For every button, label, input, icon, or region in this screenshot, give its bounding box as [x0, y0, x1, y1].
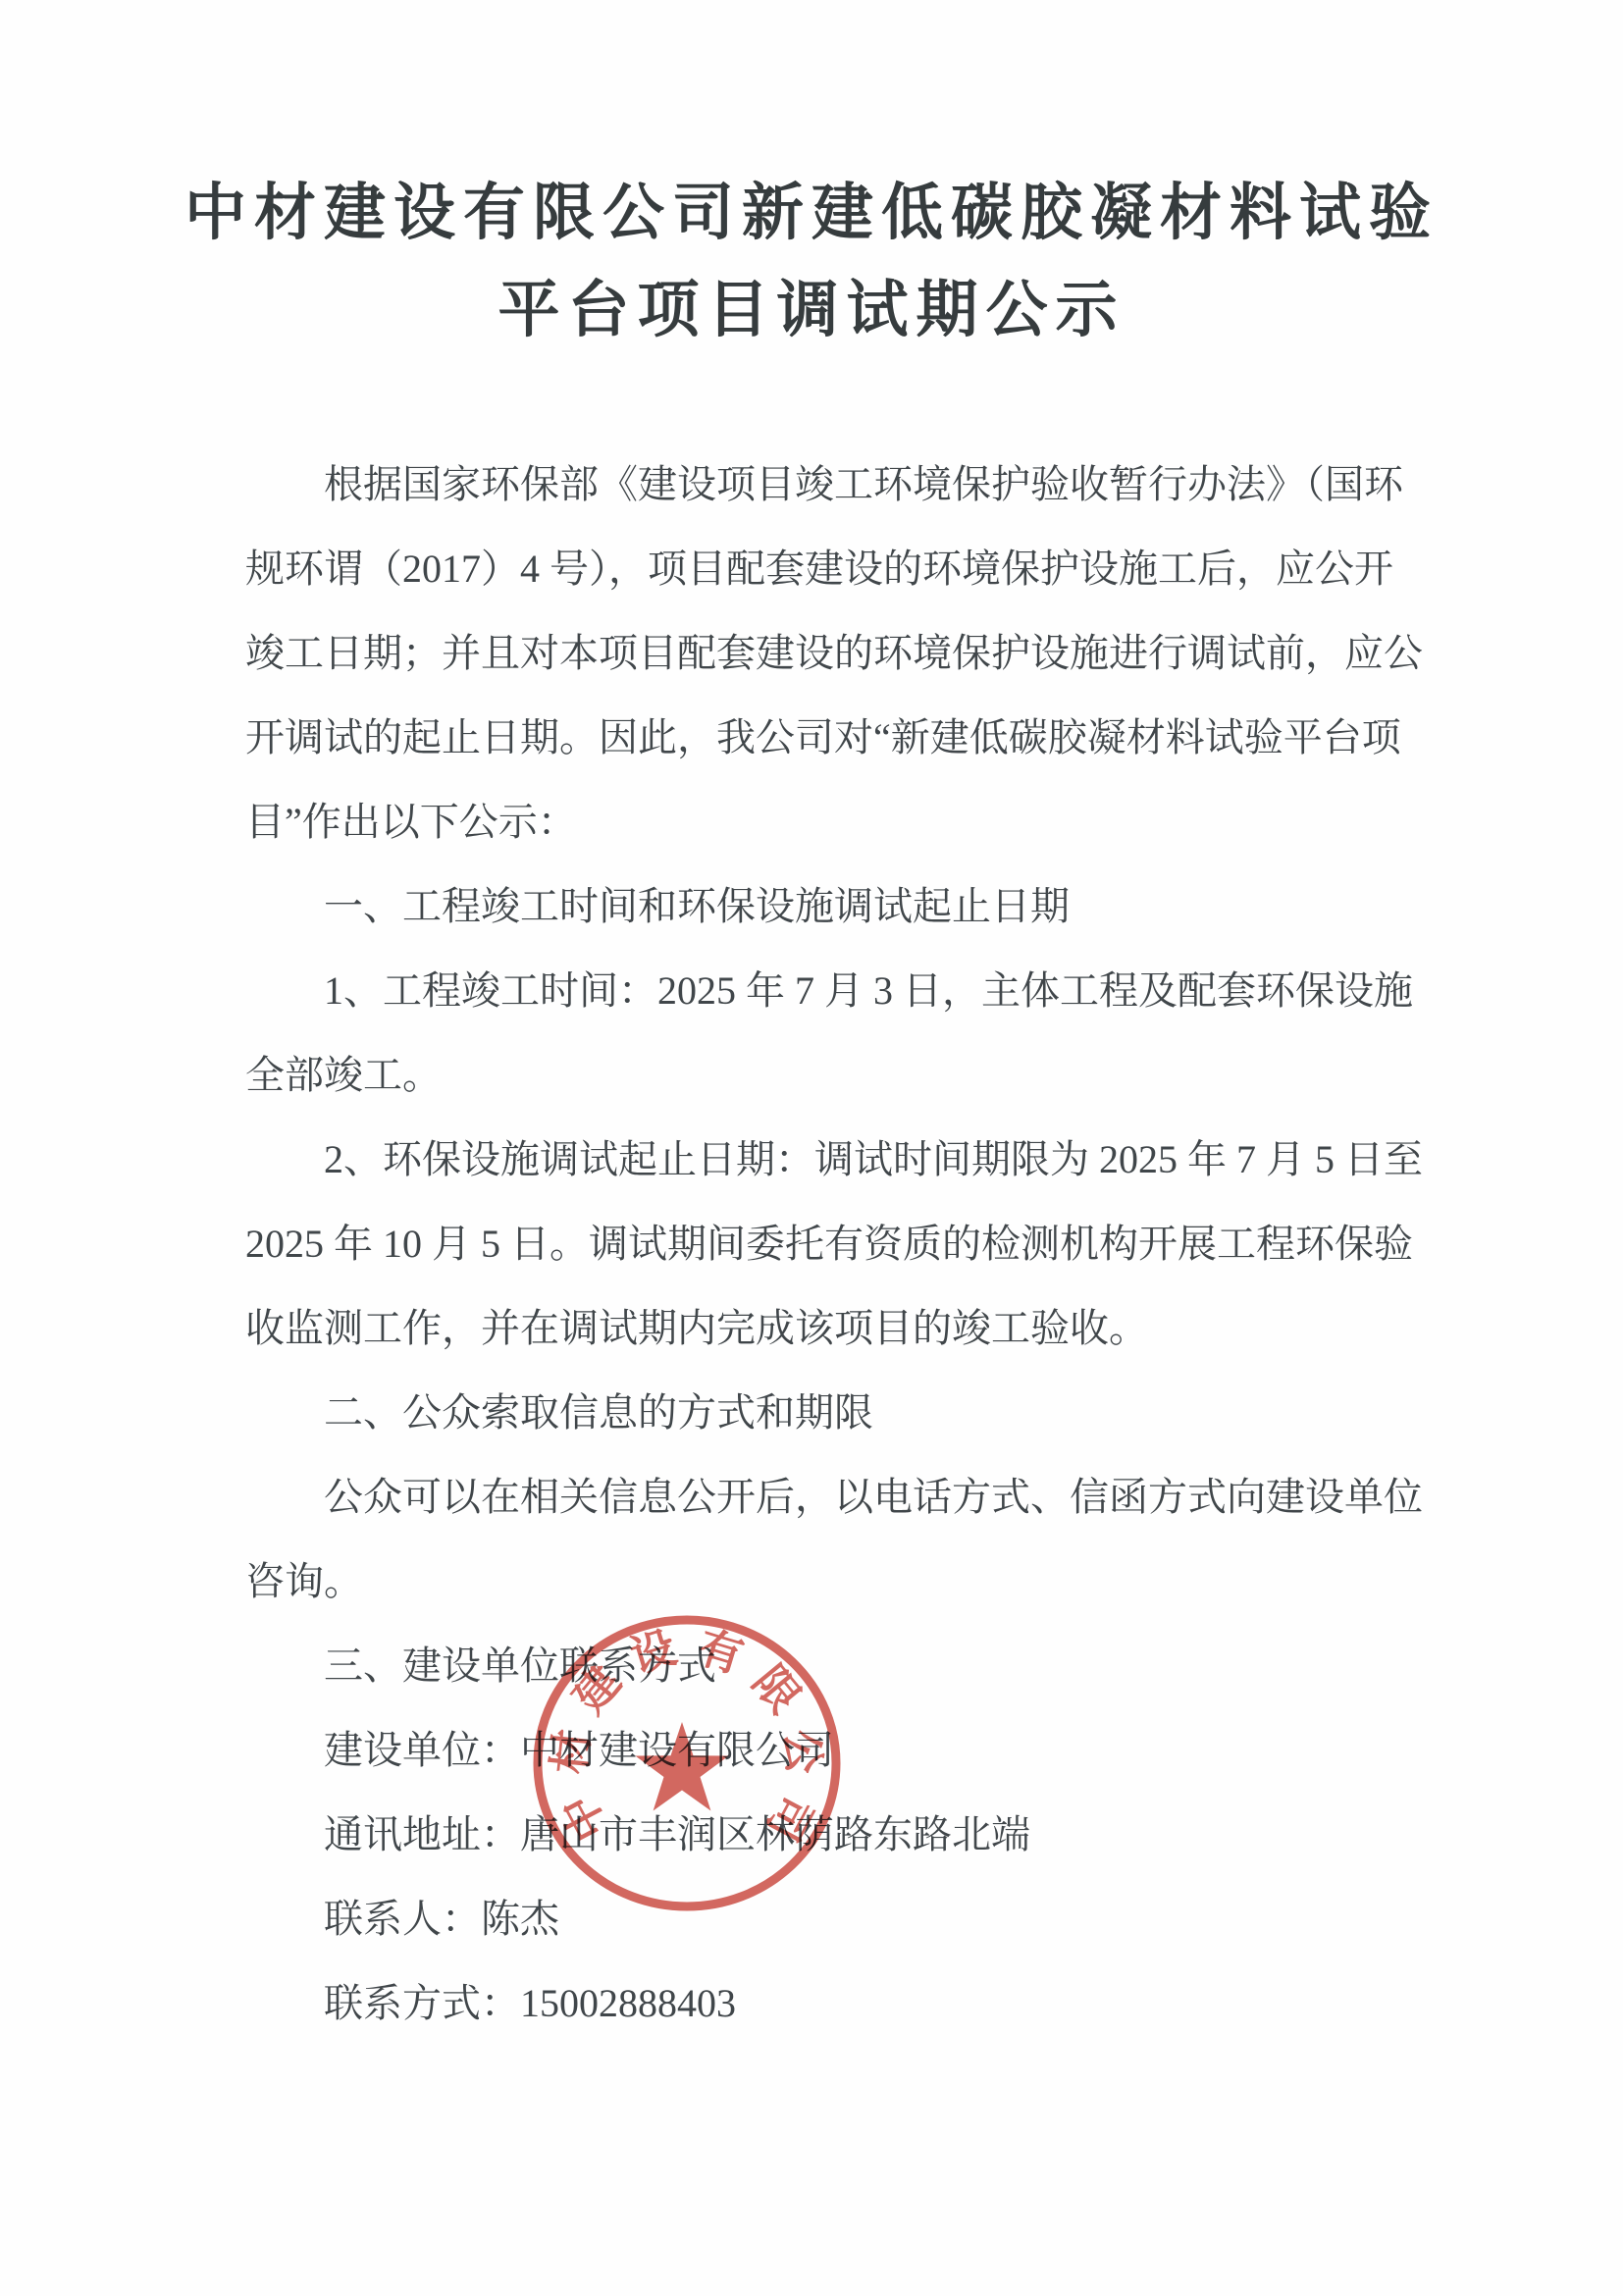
seal-arc-char: 材: [545, 1727, 598, 1776]
document-line: 二、公众索取信息的方式和期限: [245, 1388, 1560, 1437]
document-line: 收监测工作，并在调试期内完成该项目的竣工验收。: [245, 1304, 1482, 1353]
document-line: 根据国家环保部《建设项目竣工环境保护验收暂行办法》（国环: [245, 460, 1560, 509]
document-line: 目”作出以下公示：: [245, 798, 1482, 847]
document-line: 联系人：陈杰: [245, 1895, 1560, 1944]
seal-star-icon: [635, 1722, 728, 1811]
document-title-line-1: 中材建设有限公司新建低碳胶凝材料试验: [0, 165, 1623, 262]
document-line: 一、工程竣工时间和环保设施调试起止日期: [245, 882, 1560, 931]
document-line: 规环谓（2017）4 号），项目配套建设的环境保护设施工后，应公开: [245, 545, 1482, 594]
document-line: 建设单位：中材建设有限公司: [245, 1726, 1560, 1775]
document-title-line-2: 平台项目调试期公示: [0, 262, 1623, 359]
document-page: 中材建设有限公司新建低碳胶凝材料试验 平台项目调试期公示 根据国家环保部《建设项…: [0, 0, 1623, 2296]
document-line: 竣工日期；并且对本项目配套建设的环境保护设施进行调试前，应公: [245, 629, 1482, 678]
document-line: 公众可以在相关信息公开后，以电话方式、信函方式向建设单位: [245, 1473, 1560, 1522]
document-line: 通讯地址：唐山市丰润区林荫路东路北端: [245, 1810, 1560, 1859]
company-seal: 中材建设有限公司: [505, 1582, 868, 1945]
document-line: 2025 年 10 月 5 日。调试期间委托有资质的检测机构开展工程环保验: [245, 1220, 1482, 1269]
document-line: 1、工程竣工时间：2025 年 7 月 3 日，主体工程及配套环保设施: [245, 966, 1560, 1016]
document-line: 开调试的起止日期。因此，我公司对“新建低碳胶凝材料试验平台项: [245, 713, 1482, 762]
document-line: 联系方式：15002888403: [245, 1979, 1560, 2028]
document-title: 中材建设有限公司新建低碳胶凝材料试验 平台项目调试期公示: [0, 165, 1623, 359]
seal-arc-char: 公: [775, 1727, 828, 1776]
document-line: 三、建设单位联系方式: [245, 1642, 1560, 1691]
document-line: 全部竣工。: [245, 1051, 1482, 1100]
document-line: 2、环保设施调试起止日期：调试时间期限为 2025 年 7 月 5 日至: [245, 1135, 1560, 1184]
